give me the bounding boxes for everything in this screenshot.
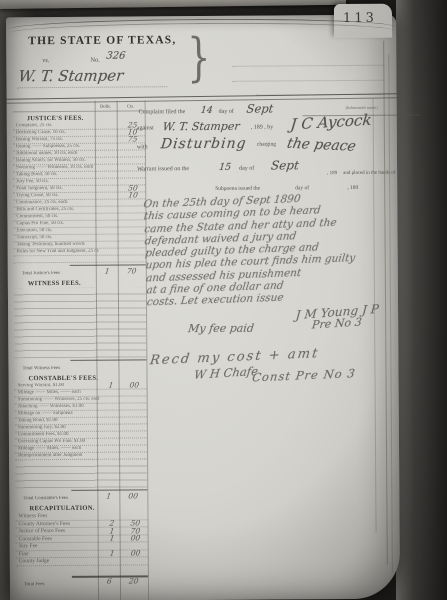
recap-dolls-value: 1 xyxy=(109,535,115,543)
offense-value-1: Disturbing xyxy=(160,136,247,153)
fee-label: Summoning —— Witnesses, 25 cts. each xyxy=(15,397,100,404)
justice-fees-heading: JUSTICE'S FEES. xyxy=(13,111,145,123)
fee-label: Summoning Jury, $2.00 xyxy=(15,425,100,432)
constable-signature: W H Chafe xyxy=(193,364,258,382)
fee-label: Issuing Attach. for Witness, 50 cts. xyxy=(13,158,98,165)
vs-label: vs. xyxy=(42,57,49,64)
fee-label: Rules for New Trial and Judgment, 25 cts… xyxy=(14,249,99,256)
fee-label: Taking Testimony, hundred words xyxy=(14,242,99,249)
recapitulation-heading: RECAPITULATION. xyxy=(15,501,147,513)
year-by-label: , 189 , by xyxy=(251,124,274,130)
fee-label: Transcript, 50 cts. xyxy=(14,235,99,242)
defendant-name: W. T. Stamper xyxy=(17,66,169,88)
judgment-entry: On the 25th day of Sept 1890 this cause … xyxy=(143,190,387,309)
justice-precinct: Pre No 3 xyxy=(311,316,362,332)
fee-label: Commitment Fees, $1.00 xyxy=(15,432,100,439)
total-dolls-cell: 1 xyxy=(96,267,118,276)
total-dolls-cell: 6 xyxy=(98,578,120,587)
fee-label: Taking Bond, 50 cts. xyxy=(13,172,98,179)
case-number-value: 326 xyxy=(106,51,126,62)
amount-column-headers: Dolls. Cts. xyxy=(13,100,145,112)
witness-fees-total-label: Total Witness Fees xyxy=(14,366,96,372)
day-of-label: day of xyxy=(219,109,234,115)
recap-label: Justice of Peace Fees xyxy=(16,528,101,535)
fee-label: Taking Bond, $1.00 xyxy=(15,418,100,425)
fee-label: Docketing Cause, 10 cts. xyxy=(13,130,98,137)
fee-label: Trying Cause, 50 cts. xyxy=(13,193,98,200)
with-label: with xyxy=(137,144,148,150)
subpoena-issued-label: Subpoena issued the xyxy=(215,186,260,192)
warrant-issued-label: Warrant issued on the xyxy=(137,166,189,172)
dolls-header: Dolls. xyxy=(95,101,117,111)
complaint-form-area: (Informant's name) Complaint filed the 1… xyxy=(135,103,392,595)
recap-label: Jury Fee xyxy=(16,543,101,550)
fee-label: Executing Capias Pro Fine, $1.00 xyxy=(15,439,100,446)
form-defendant-value: W. T. Stamper xyxy=(162,120,240,134)
fee-label: Capias Pro Fine, 50 cts. xyxy=(13,221,98,228)
total-dolls-cell: 1 xyxy=(97,492,119,501)
fee-label: Additional names, 10 cts. each xyxy=(13,151,98,158)
fee-label xyxy=(14,256,99,263)
total-fees-dolls: 6 xyxy=(106,578,112,586)
complaint-month-value: Sept xyxy=(246,101,274,115)
header-dotted-line xyxy=(232,80,384,82)
witness-fees-heading: WITNESS FEES. xyxy=(14,276,146,288)
placed-in-hands-label: and placed in the hands of xyxy=(343,171,395,176)
warrant-day-of-label: day of xyxy=(239,166,254,172)
recap-label: Constable Fees xyxy=(16,535,101,542)
fee-label: Swearing —— Witnesses, 10 cts. each xyxy=(13,165,98,172)
justice-total-dolls: 1 xyxy=(104,267,110,275)
fee-paid-note: My fee paid xyxy=(187,322,254,335)
total-dolls-cell xyxy=(96,370,118,371)
constable-fee-list: Serving Warrant, $1.00 1 00 Mileage —— M… xyxy=(15,382,148,460)
fee-label: Reimprisonment after Judgment xyxy=(15,453,100,460)
informant-name-caption: (Informant's name) xyxy=(307,104,417,110)
fee-label: Mileage —— Miles, —— each xyxy=(15,390,100,397)
previous-page-edge xyxy=(0,0,346,9)
subpoena-day-of-label: day of xyxy=(295,185,309,191)
fee-label: Final Judgment, 50 cts. xyxy=(13,186,98,193)
constable-total-dolls: 1 xyxy=(105,492,111,500)
fee-label: Commitment, 50 cts. xyxy=(13,214,98,221)
informant-value: J C Aycock xyxy=(290,111,373,134)
fee-label: Attaching —— Witnesses, $1.00 xyxy=(15,404,100,411)
fee-label: Issuing —— Subpoenas, 25 cts. xyxy=(13,144,98,151)
constable-blank-rows xyxy=(15,459,147,488)
total-fees-label: Total Fees xyxy=(16,581,98,587)
case-header: THE STATE OF TEXAS, vs. No. 326 W. T. St… xyxy=(6,25,396,100)
fee-column: Dolls. Cts. JUSTICE'S FEES. Complaint, 2… xyxy=(13,100,149,600)
warrant-month-value: Sept xyxy=(270,158,299,172)
justice-fees-total-row: Total Justice's Fees 1 70 xyxy=(14,262,146,277)
fee-label: Bills and Certificates, 25 cts. xyxy=(13,207,98,214)
justice-fees-total-label: Total Justice's Fees xyxy=(14,271,96,277)
warrant-day-value: 15 xyxy=(218,162,231,173)
complaint-day-value: 14 xyxy=(200,105,213,116)
fee-label: Continuance, 25 cts. each xyxy=(13,200,98,207)
curly-brace: } xyxy=(187,28,211,88)
recap-label: Fine xyxy=(16,550,101,557)
charging-label: charging xyxy=(257,141,276,147)
fee-label: Mileage —— Miles, —— each xyxy=(15,446,100,453)
column-spacer xyxy=(13,101,95,112)
fee-dolls-value: 1 xyxy=(108,382,114,390)
case-number-label: No. xyxy=(90,57,100,64)
docket-page: 113 THE STATE OF TEXAS, vs. No. 326 W. T… xyxy=(6,15,400,600)
witness-fees-total-row: Total Witness Fees xyxy=(14,357,146,372)
recap-label: County Attorney's Fees xyxy=(16,520,101,527)
constable-fees-total-label: Total Constable's Fees xyxy=(15,496,97,502)
recap-dolls-value: 1 xyxy=(109,550,115,558)
constable-fees-total-row: Total Constable's Fees 1 00 xyxy=(15,487,147,502)
state-title: THE STATE OF TEXAS, xyxy=(28,34,176,47)
total-fees-row: Total Fees 6 20 xyxy=(16,573,148,588)
fee-label: Complaint, 25 cts. xyxy=(13,123,98,130)
recapitulation-list: Witness Fees County Attorney's Fees 2 50… xyxy=(15,512,147,565)
fee-label: Execution, 50 cts. xyxy=(13,228,98,235)
recap-label: County Judge xyxy=(16,558,101,565)
photo-of-docket-page: { "photo": { "page_number": "113" }, "he… xyxy=(0,0,447,600)
complaint-filed-label: Complaint filed the xyxy=(139,109,186,115)
fee-label: Issuing Warrant, 75 cts. xyxy=(13,137,98,144)
photo-dark-background xyxy=(396,0,447,600)
fee-label: Serving Warrant, $1.00 xyxy=(15,383,100,390)
constable-fees-heading: CONSTABLE'S FEES. xyxy=(14,371,146,383)
against-label: against xyxy=(137,125,154,131)
header-dotted-line xyxy=(232,65,384,67)
constable-title: Const Pre No 3 xyxy=(251,366,356,384)
recap-label: Witness Fees xyxy=(15,513,100,520)
witness-fees-blank-rows xyxy=(14,287,146,358)
fee-label: Jury Fee, 50 cts. xyxy=(13,179,98,186)
grand-total: Total Fees 6 20 xyxy=(16,573,148,588)
fee-label: Mileage on —— Subpoena xyxy=(15,411,100,418)
justice-fee-list: Complaint, 25 cts. 25 Docketing Cause, 1… xyxy=(13,122,146,263)
offense-value-2: the peace xyxy=(286,136,358,155)
warrant-year-label: , 189 xyxy=(327,171,337,176)
